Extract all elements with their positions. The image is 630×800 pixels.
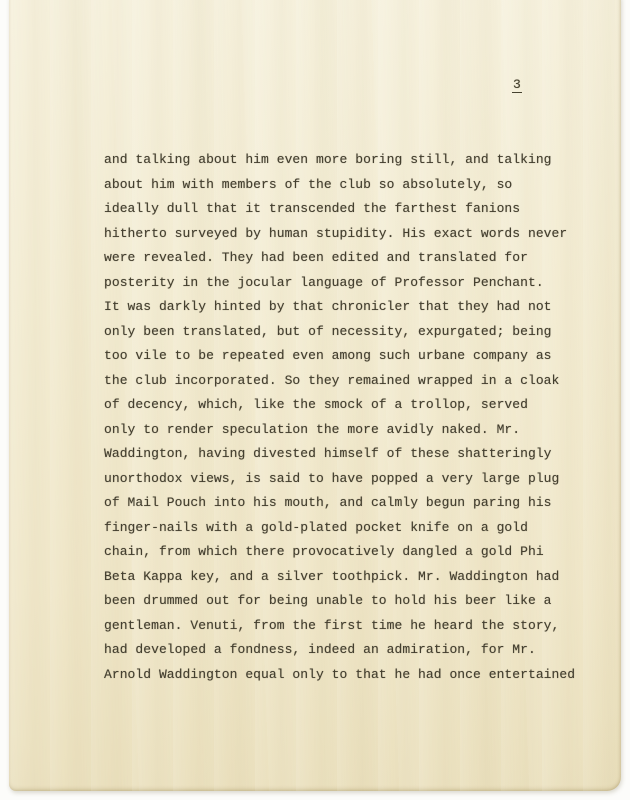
text-line: Waddington, having divested himself of t… xyxy=(104,442,594,467)
text-line: hitherto surveyed by human stupidity. Hi… xyxy=(104,222,594,247)
text-line: Arnold Waddington equal only to that he … xyxy=(104,663,594,688)
text-line: chain, from which there provocatively da… xyxy=(104,540,594,565)
page-number: 3 xyxy=(512,77,522,93)
text-line: of Mail Pouch into his mouth, and calmly… xyxy=(104,491,594,516)
document-page: 3 and talking about him even more boring… xyxy=(9,0,621,791)
scanned-document: 3 and talking about him even more boring… xyxy=(0,0,630,800)
text-line: It was darkly hinted by that chronicler … xyxy=(104,295,594,320)
text-line: gentleman. Venuti, from the first time h… xyxy=(104,614,594,639)
text-line: unorthodox views, is said to have popped… xyxy=(104,467,594,492)
text-line: and talking about him even more boring s… xyxy=(104,148,594,173)
text-line: of decency, which, like the smock of a t… xyxy=(104,393,594,418)
text-line: Beta Kappa key, and a silver toothpick. … xyxy=(104,565,594,590)
text-line: finger-nails with a gold-plated pocket k… xyxy=(104,516,594,541)
typewritten-text-block: and talking about him even more boring s… xyxy=(104,148,594,687)
text-line: posterity in the jocular language of Pro… xyxy=(104,271,594,296)
text-line: were revealed. They had been edited and … xyxy=(104,246,594,271)
text-line: ideally dull that it transcended the far… xyxy=(104,197,594,222)
text-line: only been translated, but of necessity, … xyxy=(104,320,594,345)
text-line: too vile to be repeated even among such … xyxy=(104,344,594,369)
text-line: the club incorporated. So they remained … xyxy=(104,369,594,394)
text-line: only to render speculation the more avid… xyxy=(104,418,594,443)
text-line: had developed a fondness, indeed an admi… xyxy=(104,638,594,663)
text-line: about him with members of the club so ab… xyxy=(104,173,594,198)
text-line: been drummed out for being unable to hol… xyxy=(104,589,594,614)
